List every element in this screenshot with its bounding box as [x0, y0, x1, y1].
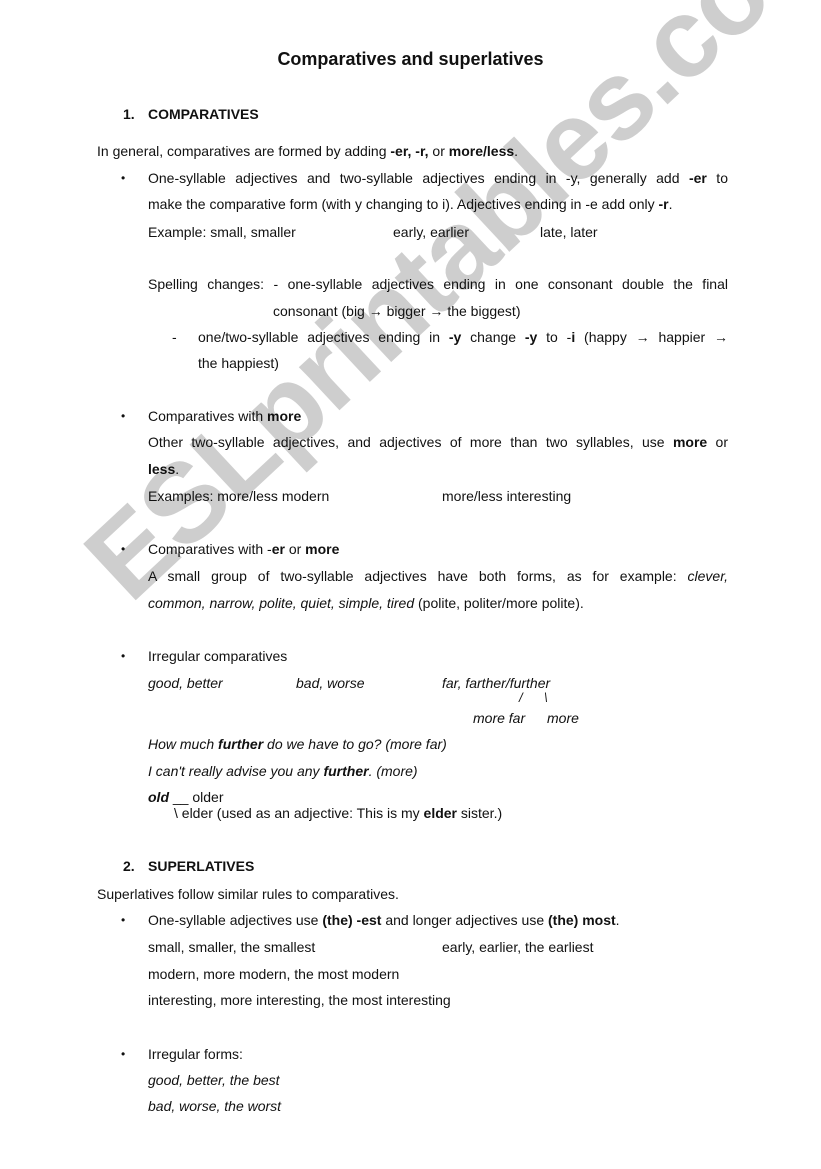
italic-text: good, better	[148, 675, 223, 691]
spelling-line3: one/two-syllable adjectives ending in -y…	[198, 329, 728, 345]
elder-line: \ elder (used as an adjective: This is m…	[174, 805, 502, 821]
bold-text: -y	[449, 329, 461, 345]
italic-text: bad, worse	[296, 675, 364, 691]
text: I can't really advise you any	[148, 763, 323, 779]
text: sister.)	[457, 805, 502, 821]
example-text: early, earlier, the earliest	[442, 939, 593, 955]
branch-slash: /	[519, 690, 523, 705]
text: In general, comparatives are formed by a…	[97, 143, 390, 159]
branch-label: more far	[473, 710, 525, 726]
bold-text: -er, -r,	[390, 143, 428, 159]
text: to	[707, 170, 728, 186]
bold-text: more/less	[449, 143, 514, 159]
text: .	[175, 461, 179, 477]
text: How much	[148, 736, 218, 752]
bold-text: elder	[424, 805, 457, 821]
bold-text: -y	[525, 329, 537, 345]
example-text: modern, more modern, the most modern	[148, 966, 399, 982]
italic-text: \	[544, 690, 548, 705]
text: or	[707, 434, 728, 450]
example-text: interesting, more interesting, the most …	[148, 992, 451, 1008]
branch-label: more	[547, 710, 579, 726]
example-text: Example: small, smaller	[148, 224, 296, 240]
text: Other two-syllable adjectives, and adjec…	[148, 434, 673, 450]
text: \ elder (used as an adjective: This is m…	[174, 805, 424, 821]
text: or	[285, 541, 305, 557]
bold-text: old	[148, 789, 169, 805]
bold-text: less	[148, 461, 175, 477]
irregular-pair: far, farther/further	[442, 675, 550, 691]
text: to -	[537, 329, 571, 345]
bold-text: (the) most	[548, 912, 616, 928]
italic-text: more far	[473, 710, 525, 726]
bold-text: -r	[658, 196, 668, 212]
superlatives-bullet1-line1: One-syllable adjectives use (the) -est a…	[148, 912, 620, 928]
text: or	[429, 143, 449, 159]
page-title: Comparatives and superlatives	[0, 49, 821, 70]
example-text: Examples: more/less modern	[148, 488, 329, 504]
dash-marker: -	[172, 329, 177, 345]
text: Comparatives with	[148, 408, 267, 424]
irregular-form: bad, worse, the worst	[148, 1098, 281, 1114]
text: One-syllable adjectives use	[148, 912, 322, 928]
italic-text: more	[547, 710, 579, 726]
text: (polite, politer/more polite).	[414, 595, 584, 611]
italic-text: /	[519, 690, 523, 705]
section-number: 2.	[123, 858, 135, 874]
bold-text: more	[305, 541, 339, 557]
italic-text: bad, worse, the worst	[148, 1098, 281, 1114]
bullet-icon: •	[121, 171, 125, 185]
bullet-icon: •	[121, 409, 125, 423]
irregular-pair: good, better	[148, 675, 223, 691]
italic-text: far, farther/further	[442, 675, 550, 691]
bold-text: more	[267, 408, 301, 424]
bold-text: more	[673, 434, 707, 450]
bullet3-line2: common, narrow, polite, quiet, simple, t…	[148, 595, 584, 611]
spelling-line2: consonant (big → bigger → the biggest)	[273, 303, 520, 319]
bold-text: -er	[689, 170, 707, 186]
section-heading-comparatives: COMPARATIVES	[148, 106, 259, 122]
text: Comparatives with -	[148, 541, 272, 557]
text: A small group of two-syllable adjectives…	[148, 568, 688, 584]
spelling-line4: the happiest)	[198, 355, 279, 371]
branch-slash: \	[544, 690, 548, 705]
bullet-icon: •	[121, 1047, 125, 1061]
example-sentence: How much further do we have to go? (more…	[148, 736, 447, 752]
section-heading-superlatives: SUPERLATIVES	[148, 858, 254, 874]
bullet4-heading: Irregular comparatives	[148, 648, 287, 664]
irregular-pair: bad, worse	[296, 675, 364, 691]
bullet2-line1: Other two-syllable adjectives, and adjec…	[148, 434, 728, 450]
bullet2-heading: Comparatives with more	[148, 408, 301, 424]
text: .	[616, 912, 620, 928]
comparatives-intro: In general, comparatives are formed by a…	[97, 143, 518, 159]
superlatives-intro: Superlatives follow similar rules to com…	[97, 886, 399, 902]
irregular-form: good, better, the best	[148, 1072, 280, 1088]
example-text: late, later	[540, 224, 598, 240]
text: one/two-syllable adjectives ending in	[198, 329, 449, 345]
text: older	[188, 789, 223, 805]
bullet3-line1: A small group of two-syllable adjectives…	[148, 568, 728, 584]
bold-text: further	[218, 736, 263, 752]
bullet-icon: •	[121, 649, 125, 663]
old-line: old __ older	[148, 789, 224, 805]
italic-text: clever,	[688, 568, 728, 584]
text: (happy → happier →	[575, 329, 728, 345]
example-text: more/less interesting	[442, 488, 571, 504]
irregular-forms-heading: Irregular forms:	[148, 1046, 243, 1062]
text: do we have to go? (more far)	[263, 736, 447, 752]
text: change	[461, 329, 525, 345]
text: One-syllable adjectives and two-syllable…	[148, 170, 689, 186]
spelling-line1: Spelling changes: - one-syllable adjecti…	[148, 276, 728, 292]
text: and longer adjectives use	[381, 912, 548, 928]
example-text: small, smaller, the smallest	[148, 939, 315, 955]
bullet3-heading: Comparatives with -er or more	[148, 541, 339, 557]
text: . (more)	[369, 763, 418, 779]
text: .	[514, 143, 518, 159]
section-number: 1.	[123, 106, 135, 122]
bullet-icon: •	[121, 913, 125, 927]
bullet-icon: •	[121, 542, 125, 556]
bullet2-line2: less.	[148, 461, 179, 477]
bold-text: further	[323, 763, 368, 779]
bullet1-line2: make the comparative form (with y changi…	[148, 196, 673, 212]
italic-text: good, better, the best	[148, 1072, 280, 1088]
italic-text: common, narrow, polite, quiet, simple, t…	[148, 595, 414, 611]
bold-text: er	[272, 541, 285, 557]
connector-line: __	[173, 789, 189, 805]
example-text: early, earlier	[393, 224, 469, 240]
text: .	[669, 196, 673, 212]
example-sentence: I can't really advise you any further. (…	[148, 763, 418, 779]
bold-text: (the) -est	[322, 912, 381, 928]
text: make the comparative form (with y changi…	[148, 196, 658, 212]
bullet1-line1: One-syllable adjectives and two-syllable…	[148, 170, 728, 186]
